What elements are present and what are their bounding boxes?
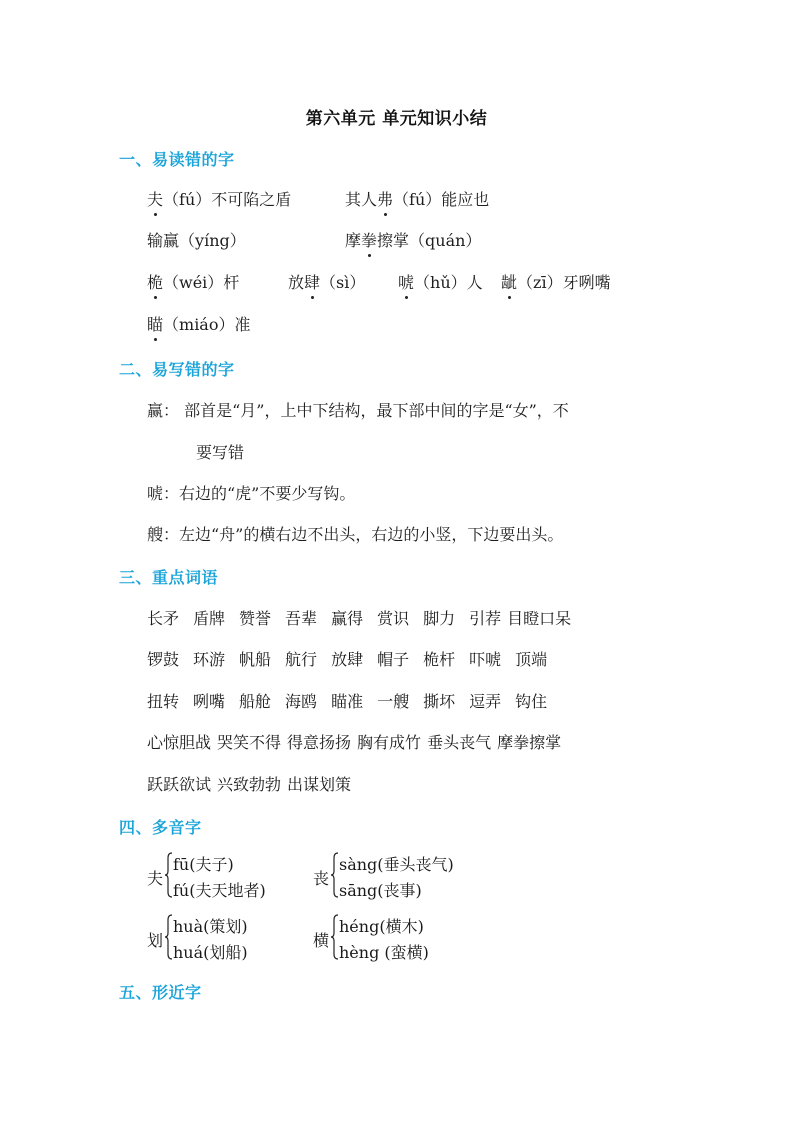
word: 帽子 <box>377 647 409 670</box>
easy-miswrite-item-2: 唬：右边的“虎”不要少写钩。 <box>147 481 355 504</box>
section-heading-3: 三、重点词语 <box>119 565 218 588</box>
reading-text: （wéi）杆 <box>163 273 239 292</box>
dotted-char: 肆 <box>304 270 320 293</box>
brace-icon <box>331 914 339 960</box>
prefix-text: 其人 <box>345 190 377 209</box>
word: 咧嘴 <box>193 689 225 712</box>
section-heading-2: 二、易写错的字 <box>119 357 235 380</box>
dotted-char: 瞄 <box>147 312 163 335</box>
reading-text: （miáo）准 <box>163 315 250 334</box>
word: 逗弄 <box>469 689 501 712</box>
word: 扭转 <box>147 689 179 712</box>
word: 盾牌 <box>193 606 225 629</box>
section-heading-5: 五、形近字 <box>119 980 202 1003</box>
word: 脚力 <box>423 606 455 629</box>
reading-2: sāng(丧事) <box>339 878 422 901</box>
dotted-char: 夫 <box>147 187 163 210</box>
reading-2: fú(夫天地者) <box>173 878 266 901</box>
word: 兴致勃勃 <box>217 772 281 795</box>
word: 心惊胆战 <box>147 730 211 753</box>
prefix-text: 放 <box>288 273 304 292</box>
dotted-char: 弗 <box>377 187 393 210</box>
word: 放肆 <box>331 647 363 670</box>
dotted-char: 唬 <box>398 270 414 293</box>
prefix-text: 输 <box>147 231 163 250</box>
reading-text: （hǔ）人 <box>414 273 483 292</box>
word: 胸有成竹 <box>357 730 421 753</box>
word: 得意扬扬 <box>287 730 351 753</box>
word: 引荐 <box>469 606 501 629</box>
word: 哭笑不得 <box>217 730 281 753</box>
word: 吾辈 <box>285 606 317 629</box>
easy-miswrite-item-3: 艘：左边“舟”的横右边不出头，右边的小竖，下边要出头。 <box>147 522 563 545</box>
word: 海鸥 <box>285 689 317 712</box>
reading-1: huà(策划) <box>173 914 248 937</box>
section-heading-1: 一、易读错的字 <box>119 147 235 170</box>
document-page: 第六单元 单元知识小结 一、易读错的字 夫（fú）不可陷之盾 其人弗（fú）能应… <box>0 0 793 1122</box>
word: 赏识 <box>377 606 409 629</box>
word: 一艘 <box>377 689 409 712</box>
word: 桅杆 <box>423 647 455 670</box>
easy-miswrite-item-1: 赢： 部首是“月”，上中下结构，最下部中间的字是“女”，不 <box>147 398 569 421</box>
word: 航行 <box>285 647 317 670</box>
word-row-1: 长矛盾牌赞誉吾辈赢得赏识脚力引荐目瞪口呆 <box>147 606 585 629</box>
polyphone-char: 划 <box>147 928 163 951</box>
word: 钩住 <box>515 689 547 712</box>
polyphone-char: 丧 <box>313 866 329 889</box>
word: 帆船 <box>239 647 271 670</box>
word: 出谋划策 <box>287 772 351 795</box>
word: 摩拳擦掌 <box>497 730 561 753</box>
dotted-char: 桅 <box>147 270 163 293</box>
polyphone-char: 夫 <box>147 866 163 889</box>
word-row-4: 心惊胆战哭笑不得得意扬扬胸有成竹垂头丧气摩拳擦掌 <box>147 730 575 753</box>
word: 垂头丧气 <box>427 730 491 753</box>
reading-text: （fú）不可陷之盾 <box>163 190 291 209</box>
word: 锣鼓 <box>147 647 179 670</box>
brace-icon <box>165 914 173 960</box>
word-row-3: 扭转咧嘴船舱海鸥瞄准一艘撕坏逗弄钩住 <box>147 689 561 712</box>
word: 撕坏 <box>423 689 455 712</box>
reading-text: （yíng） <box>179 231 246 250</box>
word: 赞誉 <box>239 606 271 629</box>
word: 船舱 <box>239 689 271 712</box>
reading-2: hèng (蛮横) <box>339 940 429 963</box>
reading-text: （zī）牙咧嘴 <box>517 273 611 292</box>
word: 目瞪口呆 <box>507 606 571 629</box>
dotted-char: 龇 <box>501 270 517 293</box>
word: 长矛 <box>147 606 179 629</box>
word: 吓唬 <box>469 647 501 670</box>
section-heading-4: 四、多音字 <box>119 815 202 838</box>
dotted-char: 拳 <box>361 228 377 251</box>
brace-icon <box>331 852 339 898</box>
reading-text: （sì） <box>320 273 365 292</box>
prefix-text: 摩 <box>345 231 361 250</box>
word: 瞄准 <box>331 689 363 712</box>
word-row-5: 跃跃欲试兴致勃勃出谋划策 <box>147 772 365 795</box>
polyphone-char: 横 <box>313 928 329 951</box>
reading-1: fū(夫子) <box>173 852 234 875</box>
reading-1: sàng(垂头丧气) <box>339 852 454 875</box>
word: 顶端 <box>515 647 547 670</box>
brace-icon <box>165 852 173 898</box>
char: 赢 <box>163 231 179 250</box>
reading-1: héng(横木) <box>339 914 424 937</box>
word: 赢得 <box>331 606 363 629</box>
word: 环游 <box>193 647 225 670</box>
reading-text: （fú）能应也 <box>393 190 489 209</box>
word-row-2: 锣鼓环游帆船航行放肆帽子桅杆吓唬顶端 <box>147 647 561 670</box>
reading-text: 擦掌（quán） <box>377 231 481 250</box>
easy-miswrite-item-1-cont: 要写错 <box>196 440 244 463</box>
reading-2: huá(划船) <box>173 940 248 963</box>
word: 跃跃欲试 <box>147 772 211 795</box>
page-title: 第六单元 单元知识小结 <box>0 104 793 129</box>
